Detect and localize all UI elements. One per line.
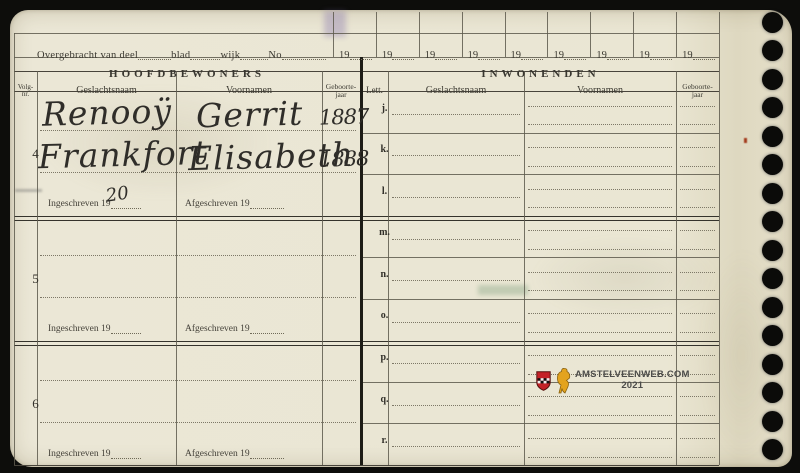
dotted-writing-line xyxy=(528,272,672,273)
dotted-writing-line xyxy=(680,147,715,148)
watermark-site: AMSTELVEENWEB.COM xyxy=(575,370,690,381)
grid-line xyxy=(14,341,719,346)
col-header-given-left: Voornamen xyxy=(176,81,322,101)
year-cell-label: 19 xyxy=(425,50,436,61)
binder-hole xyxy=(762,97,783,118)
dotted-writing-line xyxy=(528,124,672,125)
afgeschreven-text: Afgeschreven 19 xyxy=(185,449,250,459)
dotted-writing-line xyxy=(528,290,672,291)
dotted-writing-line xyxy=(528,332,672,333)
dotted-writing-line xyxy=(528,355,672,356)
dotted-writing-line xyxy=(680,313,715,314)
dotted-blank xyxy=(111,324,141,334)
dotted-writing-line xyxy=(680,189,715,190)
handwritten-register-year: 20 xyxy=(105,184,130,205)
dotted-blank xyxy=(392,50,414,60)
year-cell-label: 19 xyxy=(511,50,522,61)
grid-line xyxy=(590,12,591,57)
dotted-writing-line xyxy=(680,106,715,107)
dotted-writing-line xyxy=(680,207,715,208)
ingeschreven-label: Ingeschreven 19 xyxy=(48,322,141,336)
year-column-cell: 19 xyxy=(382,43,415,67)
grid-line xyxy=(676,12,677,57)
grid-line xyxy=(505,12,506,57)
section-title-inwonenden: INWONENDEN xyxy=(362,67,719,81)
dotted-blank xyxy=(564,50,586,60)
dotted-blank xyxy=(250,199,284,209)
dotted-writing-line xyxy=(528,147,672,148)
binder-hole xyxy=(762,439,783,460)
dotted-writing-line xyxy=(680,124,715,125)
dotted-writing-line xyxy=(680,332,715,333)
grid-line xyxy=(633,12,634,57)
dotted-blank xyxy=(478,50,500,60)
year-cell-label: 19 xyxy=(639,50,650,61)
dotted-writing-line xyxy=(680,438,715,439)
dotted-writing-line xyxy=(680,396,715,397)
dotted-blank xyxy=(693,50,715,60)
year-column-cell: 19 xyxy=(596,43,629,67)
grid-line xyxy=(462,12,463,57)
afgeschreven-label: Afgeschreven 19 xyxy=(185,447,284,461)
dotted-writing-line xyxy=(392,239,520,240)
scanned-register-card-page: 191919191919191919j.k.l.m.n.o.p.q.r.4Ren… xyxy=(0,0,800,473)
ingeschreven-text: Ingeschreven 19 xyxy=(48,324,111,334)
dotted-writing-line xyxy=(392,446,520,447)
year-cell-label: 19 xyxy=(468,50,479,61)
letter-row-label: j. xyxy=(371,103,398,114)
row-number: 6 xyxy=(24,341,47,466)
year-cell-label: 19 xyxy=(682,50,693,61)
grid-line xyxy=(14,33,719,34)
grid-line xyxy=(360,133,719,134)
year-column-cell: 19 xyxy=(682,43,715,67)
dotted-blank xyxy=(435,50,457,60)
afgeschreven-text: Afgeschreven 19 xyxy=(185,199,250,209)
handwritten-surname: Frankfort xyxy=(38,136,209,173)
dotted-blank xyxy=(138,50,171,60)
watermark-text: AMSTELVEENWEB.COM 2021 xyxy=(575,370,690,392)
transfer-label-no: No xyxy=(268,50,281,61)
dotted-blank xyxy=(190,50,220,60)
binder-hole xyxy=(762,126,783,147)
transfer-header-row: Overgebracht van deel blad wijk No xyxy=(24,43,341,67)
dotted-writing-line xyxy=(680,272,715,273)
dotted-writing-line xyxy=(392,114,520,115)
dotted-blank xyxy=(250,449,284,459)
dotted-writing-line xyxy=(680,166,715,167)
grid-line xyxy=(360,257,719,258)
afgeschreven-label: Afgeschreven 19 xyxy=(185,197,284,211)
register-card: 191919191919191919j.k.l.m.n.o.p.q.r.4Ren… xyxy=(10,10,792,467)
grid-line xyxy=(376,12,377,57)
letter-row-label: k. xyxy=(371,144,398,155)
grid-line xyxy=(360,299,719,300)
letter-row-label: r. xyxy=(371,435,398,446)
dotted-writing-line xyxy=(392,197,520,198)
binder-hole xyxy=(762,297,783,318)
dotted-writing-line xyxy=(528,207,672,208)
letter-row-label: q. xyxy=(371,394,398,405)
year-column-cell: 19 xyxy=(511,43,544,67)
handwritten-birth-year: 1888 xyxy=(319,148,369,170)
dotted-writing-line xyxy=(528,230,672,231)
ghost-print-right xyxy=(530,235,720,320)
dotted-writing-line xyxy=(680,290,715,291)
afgeschreven-text: Afgeschreven 19 xyxy=(185,324,250,334)
dotted-writing-line xyxy=(528,396,672,397)
col-header-lett: Lett. xyxy=(361,81,388,101)
transfer-label-wijk: wijk xyxy=(220,50,240,61)
afgeschreven-label: Afgeschreven 19 xyxy=(185,322,284,336)
binder-hole xyxy=(762,325,783,346)
year-cell-label: 19 xyxy=(596,50,607,61)
grid-line xyxy=(14,465,719,466)
binder-hole xyxy=(762,354,783,375)
transfer-label-blad: blad xyxy=(171,50,190,61)
ingeschreven-text: Ingeschreven 19 xyxy=(48,199,111,209)
dotted-writing-line xyxy=(40,255,356,256)
green-smudge xyxy=(478,285,528,295)
dotted-writing-line xyxy=(392,322,520,323)
binder-hole xyxy=(762,211,783,232)
dotted-blank xyxy=(350,50,372,60)
row-number: 5 xyxy=(24,216,47,341)
grid-line xyxy=(719,12,720,465)
dotted-blank xyxy=(240,50,268,60)
dotted-writing-line xyxy=(528,189,672,190)
dotted-writing-line xyxy=(528,457,672,458)
dotted-writing-line xyxy=(680,249,715,250)
letter-row-label: o. xyxy=(371,310,398,321)
handwritten-birth-year: 1887 xyxy=(319,106,369,128)
grid-line xyxy=(14,216,719,221)
col-header-birthyear-left: Geboorte- jaar xyxy=(322,81,360,101)
letter-row-label: l. xyxy=(371,186,398,197)
binder-hole xyxy=(762,268,783,289)
binder-hole xyxy=(762,69,783,90)
year-column-cell: 19 xyxy=(639,43,672,67)
col-header-birthyear-right: Geboorte- jaar xyxy=(676,81,719,101)
year-cell-label: 19 xyxy=(553,50,564,61)
dotted-writing-line xyxy=(392,155,520,156)
dotted-writing-line xyxy=(680,457,715,458)
red-speck xyxy=(744,138,747,143)
ingeschreven-text: Ingeschreven 19 xyxy=(48,449,111,459)
binder-hole xyxy=(762,382,783,403)
ingeschreven-label: Ingeschreven 19 xyxy=(48,447,141,461)
col-header-given-right: Voornamen xyxy=(524,81,676,101)
dotted-writing-line xyxy=(680,415,715,416)
dotted-writing-line xyxy=(392,280,520,281)
lion-icon xyxy=(554,367,572,394)
dotted-writing-line xyxy=(528,313,672,314)
dotted-writing-line xyxy=(528,106,672,107)
dotted-writing-line xyxy=(392,363,520,364)
watermark-logo: AMSTELVEENWEB.COM 2021 xyxy=(536,367,690,394)
col-header-surname-right: Geslachtsnaam xyxy=(388,81,524,101)
binder-hole xyxy=(762,40,783,61)
letter-row-label: p. xyxy=(371,352,398,363)
dotted-blank xyxy=(282,50,326,60)
grid-line xyxy=(676,71,677,465)
year-column-cell: 19 xyxy=(553,43,586,67)
dotted-writing-line xyxy=(528,166,672,167)
grid-line xyxy=(419,12,420,57)
dotted-blank xyxy=(650,50,672,60)
dotted-blank xyxy=(111,449,141,459)
col-header-volgnr: Volg- nr. xyxy=(14,81,37,101)
grid-line xyxy=(360,174,719,175)
letter-row-label: n. xyxy=(371,269,398,280)
transfer-label-deel: Overgebracht van deel xyxy=(37,50,138,61)
binder-hole xyxy=(762,154,783,175)
amstelveen-crest-icon xyxy=(536,371,551,391)
watermark-year: 2021 xyxy=(621,381,643,392)
binder-hole xyxy=(762,240,783,261)
dotted-writing-line xyxy=(528,438,672,439)
year-column-cell: 19 xyxy=(339,43,372,67)
dotted-writing-line xyxy=(40,380,356,381)
dotted-blank xyxy=(250,324,284,334)
year-cell-label: 19 xyxy=(382,50,393,61)
binder-hole xyxy=(762,183,783,204)
dotted-writing-line xyxy=(40,297,356,298)
dotted-blank xyxy=(607,50,629,60)
dotted-writing-line xyxy=(40,422,356,423)
letter-row-label: m. xyxy=(371,227,398,238)
dotted-writing-line xyxy=(392,405,520,406)
dotted-writing-line xyxy=(528,249,672,250)
grid-line xyxy=(360,423,719,424)
grid-line xyxy=(547,12,548,57)
year-column-cell: 19 xyxy=(425,43,458,67)
section-title-hoofdbewoners: HOOFDBEWONERS xyxy=(14,67,360,81)
dotted-writing-line xyxy=(680,230,715,231)
binder-hole xyxy=(762,411,783,432)
grid-line xyxy=(524,71,525,465)
col-header-surname-left: Geslachtsnaam xyxy=(37,81,176,101)
dotted-blank xyxy=(521,50,543,60)
dotted-writing-line xyxy=(528,415,672,416)
handwritten-given-name: Gerrit xyxy=(196,97,304,133)
dotted-writing-line xyxy=(680,355,715,356)
binder-hole xyxy=(762,12,783,33)
year-column-cell: 19 xyxy=(468,43,501,67)
